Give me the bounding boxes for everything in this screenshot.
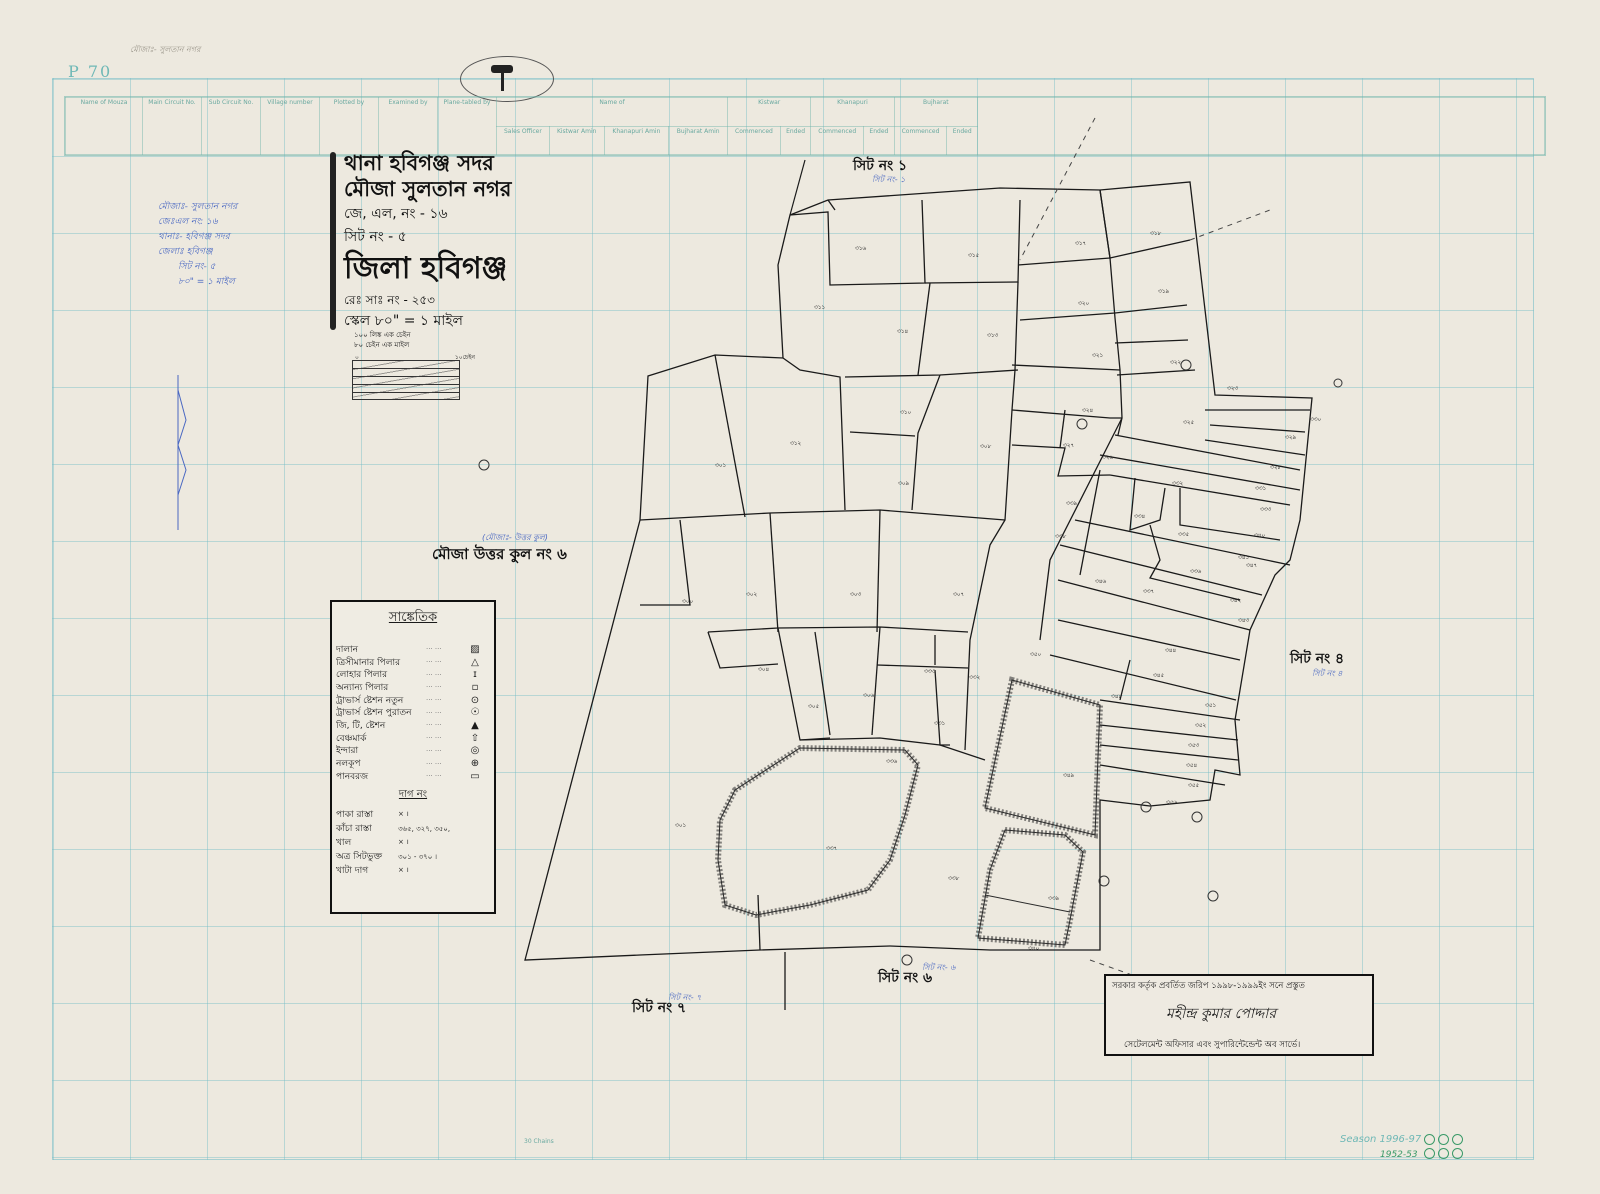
parcel-number: ৩১৭ (1075, 238, 1086, 249)
parcel-number: ৩৩১ (934, 718, 945, 729)
parcel-number: ৩০৮ (980, 441, 991, 452)
parcel-number: ৩৪৭ (1246, 560, 1257, 571)
dag-row: কাঁচা রাস্তা৩৬৫, ৩২৭, ৩৫০, (332, 822, 494, 836)
parcel-number: ৩৩৬ (1190, 566, 1201, 577)
parcel-number: ৩১৩ (987, 330, 998, 341)
jl-number: জে, এল, নং - ১৬ (344, 202, 511, 226)
parcel-number: ৩৩৫ (1178, 529, 1189, 540)
blue-note-line: ৮০" = ১ মাইল (158, 275, 237, 290)
parcel-number: ৩১৪ (897, 326, 908, 337)
parcel-number: ৩৫১ (1205, 700, 1216, 711)
leader-dots: ··· ··· (426, 658, 464, 666)
zila-label: জিলা হবিগঞ্জ (344, 248, 511, 290)
dag-row: খাল× । (332, 836, 494, 850)
dag-row-label: খাটা দাগ (336, 863, 398, 878)
parcel-number: ৩০৩ (850, 589, 861, 600)
parcel-number: ৩৩২ (1172, 478, 1183, 489)
parcel-number: ৩০০ (682, 596, 693, 607)
legend-symbol-icon: △ (464, 657, 486, 668)
dag-row-label: অত্র সিটভুক্ত (336, 849, 398, 864)
parcel-number: ৩৩৮ (948, 873, 959, 884)
dag-row-label: পাকা রাস্তা (336, 807, 398, 822)
parcel-number: ৩০৫ (808, 701, 819, 712)
parcel-number: ৩৪৮ (1111, 691, 1122, 702)
parcel-number: ৩০১ (675, 820, 686, 831)
parcel-number: ৩১০ (900, 407, 911, 418)
parcel-number: ৩৫৪ (1186, 760, 1197, 771)
approval-box: সরকার কর্তৃক প্রবর্তিত জরিপ ১৯৯৮-১৯৯৯ইং … (1104, 974, 1374, 1056)
map-sheet: P 70 মৌজাঃ- সুলতান নগর Name of Mouza Mai… (0, 0, 1600, 1194)
dag-row-value: ৩৬৫, ৩২৭, ৩৫০, (398, 823, 450, 835)
leader-dots: ··· ··· (426, 645, 464, 653)
leader-dots: ··· ··· (426, 747, 464, 755)
parcel-number: ৩৫০ (1030, 649, 1041, 660)
parcel-number: ৩২৫ (1183, 417, 1194, 428)
legend-box: সাঙ্কেতিক দালান··· ···▨ত্রিসীমানার পিলার… (330, 600, 496, 914)
legend-symbol-icon: ☉ (464, 707, 486, 718)
parcel-number: ৩৫২ (1195, 720, 1206, 731)
parcel-number: ৩৫৫ (1188, 780, 1199, 791)
parcel-number: ৩০৭ (953, 589, 964, 600)
parcel-number: ৩৩৩ (924, 666, 935, 677)
legend-title: সাঙ্কেতিক (332, 608, 494, 629)
dag-row: খাটা দাগ× । (332, 864, 494, 878)
title-block: থানা হবিগঞ্জ সদর মৌজা সুলতান নগর জে, এল,… (344, 150, 511, 332)
parcel-number: ৩০৪ (758, 664, 769, 675)
blue-note-line: মৌজাঃ- সুলতান নগর (158, 200, 237, 215)
parcel-number: ৩০১ (715, 460, 726, 471)
blue-note-line: জেলাঃ হবিগঞ্জ (158, 245, 237, 260)
approval-line-3: সেটেলমেন্ট অফিসার এবং সুপারিন্টেন্ডেন্ট … (1124, 1038, 1300, 1052)
sheet-1-note: সিট নং- ১ (872, 172, 905, 187)
parcel-number: ৩২১ (1092, 350, 1103, 361)
parcel-number: ৩৪৪ (1165, 645, 1176, 656)
leader-dots: ··· ··· (426, 721, 464, 729)
dag-row-value: × । (398, 838, 409, 847)
dag-row-value: × । (398, 866, 409, 875)
parcel-number: ৩৩৭ (826, 843, 837, 854)
legend-symbol-icon: ▲ (464, 720, 486, 731)
rs-number: রেঃ সাঃ নং - ২৫৩ (344, 290, 511, 310)
adjacent-mouza-note: (মৌজাঃ- উত্তর কুল) (482, 530, 548, 545)
footer-circles (1424, 1134, 1463, 1159)
leader-dots: ··· ··· (426, 772, 464, 780)
parcel-number: ৩২৩ (1227, 383, 1238, 394)
parcel-number: ৩৪৬ (1095, 576, 1106, 587)
sheet-6-note: সিট নং- ৬ (922, 960, 955, 975)
adjacent-mouza-label: মৌজা উত্তর কুল নং ৬ (432, 543, 567, 568)
leader-dots: ··· ··· (426, 734, 464, 742)
parcel-number: ৩২৯ (1285, 432, 1296, 443)
parcel-number: ৩০৬ (863, 690, 874, 701)
dag-row-label: কাঁচা রাস্তা (336, 821, 398, 836)
diagonal-scale-bar (352, 360, 460, 400)
parcel-number: ৩৩৩ (1260, 504, 1271, 515)
dag-title: দাগ নং (332, 787, 494, 804)
season-label: Season 1996-97 (1340, 1134, 1421, 1145)
mouza-label: মৌজা সুলতান নগর (344, 176, 511, 202)
parcel-number: ৩০৯ (898, 478, 909, 489)
parcel-number: ৩১৫ (968, 250, 979, 261)
legend-symbol-icon: ▭ (464, 771, 486, 782)
parcel-number: ৩২০ (1078, 298, 1089, 309)
parcel-number: ৩৩৬ (886, 756, 897, 767)
parcel-number: ৩১৮ (1150, 228, 1161, 239)
parcel-number: ৩৩৭ (1143, 586, 1154, 597)
leader-dots: ··· ··· (426, 696, 464, 704)
parcel-number: ৩৩৯ (1048, 893, 1059, 904)
sheet-7-note: সিট নং- ৭ (668, 990, 701, 1005)
parcel-number: ৩৫৩ (1188, 740, 1199, 751)
parcel-number: ৩১১ (814, 302, 825, 313)
blue-note-line: জেঃএল নং: ১৬ (158, 215, 237, 230)
parcel-number: ৩২২ (1170, 357, 1181, 368)
scale-note-line-2: ৮০ চেইন এক মাইল (354, 340, 411, 350)
parcel-number: ৩০২ (746, 589, 757, 600)
parcel-number: ৩১৯ (1158, 286, 1169, 297)
parcel-number: ৩৪২ (1230, 595, 1241, 606)
legend-symbol-icon: ▨ (464, 644, 486, 655)
dag-row-value: ৩০১ - ৩৭০ । (398, 851, 437, 863)
legend-symbol-icon: ⊕ (464, 758, 486, 769)
scale-note: ১০০ লিঙ্ক এক চেইন ৮০ চেইন এক মাইল (354, 330, 411, 350)
parcel-number: ৩৪৩ (1238, 615, 1249, 626)
parcel-number: ৩৩২ (969, 672, 980, 683)
parcel-number: ৩২৬ (1102, 452, 1113, 463)
parcel-number: ৩২৪ (1082, 405, 1093, 416)
legend-symbol-icon: ⊙ (464, 695, 486, 706)
parcel-number: ৩৪৫ (1153, 670, 1164, 681)
approval-line-1: সরকার কর্তৃক প্রবর্তিত জরিপ ১৯৯৮-১৯৯৯ইং … (1112, 979, 1305, 993)
dag-row-value: × । (398, 810, 409, 819)
parcel-number: ৩৩৮ (1055, 531, 1066, 542)
parcel-number: ৩২৭ (1063, 440, 1074, 451)
scale-note-line-1: ১০০ লিঙ্ক এক চেইন (354, 330, 411, 340)
legend-symbol-icon: ɪ (464, 669, 486, 680)
leader-dots: ··· ··· (426, 671, 464, 679)
title-bar-decoration (330, 152, 336, 330)
parcel-number: ৩৫৬ (1166, 797, 1177, 808)
parcel-number: ৩১৬ (855, 243, 866, 254)
sheet-4-note: সিট নং ৪ (1312, 666, 1342, 681)
dag-rows: পাকা রাস্তা× ।কাঁচা রাস্তা৩৬৫, ৩২৭, ৩৫০,… (332, 808, 494, 878)
leader-dots: ··· ··· (426, 709, 464, 717)
parcel-number: ৩৩১ (1255, 483, 1266, 494)
parcel-number: ৩১২ (790, 438, 801, 449)
blue-note-left: মৌজাঃ- সুলতান নগর জেঃএল নং: ১৬ থানাঃ- হব… (158, 200, 237, 290)
dag-row-label: খাল (336, 835, 398, 850)
parcel-number: ৩৪০ (1254, 530, 1265, 541)
parcel-number: ৩৪০ (1028, 943, 1039, 954)
blue-note-line: থানাঃ- হবিগঞ্জ সদর (158, 230, 237, 245)
dag-row: অত্র সিটভুক্ত৩০১ - ৩৭০ । (332, 850, 494, 864)
dag-row: পাকা রাস্তা× । (332, 808, 494, 822)
sheet-number: সিট নং - ৫ (344, 226, 511, 248)
legend-item: পানবরজ··· ···▭ (332, 770, 494, 783)
parcel-number: ৩৩৪ (1134, 511, 1145, 522)
officer-signature: মহীন্দ্র কুমার পোদ্দার (1166, 1002, 1276, 1026)
legend-item-label: পানবরজ (336, 769, 426, 784)
legend-symbol-icon: ◎ (464, 745, 486, 756)
scale-label: স্কেল ৮০" = ১ মাইল (344, 310, 511, 332)
leader-dots: ··· ··· (426, 760, 464, 768)
season-label-2: 1952-53 (1380, 1150, 1418, 1160)
blue-note-line: সিট নং- ৫ (158, 260, 237, 275)
thana-label: থানা হবিগঞ্জ সদর (344, 150, 511, 176)
parcel-number: ৩৪৯ (1063, 770, 1074, 781)
leader-dots: ··· ··· (426, 683, 464, 691)
legend-symbol-icon: ▫ (464, 682, 486, 693)
parcel-number: ৩২৮ (1270, 462, 1281, 473)
legend-symbol-icon: ⇧ (464, 733, 486, 744)
parcel-number: ৩৩৯ (1066, 498, 1077, 509)
chains-label: 30 Chains (524, 1138, 554, 1145)
parcel-number: ৩৩০ (1310, 414, 1321, 425)
legend-items: দালান··· ···▨ত্রিসীমানার পিলার··· ···△লো… (332, 643, 494, 783)
